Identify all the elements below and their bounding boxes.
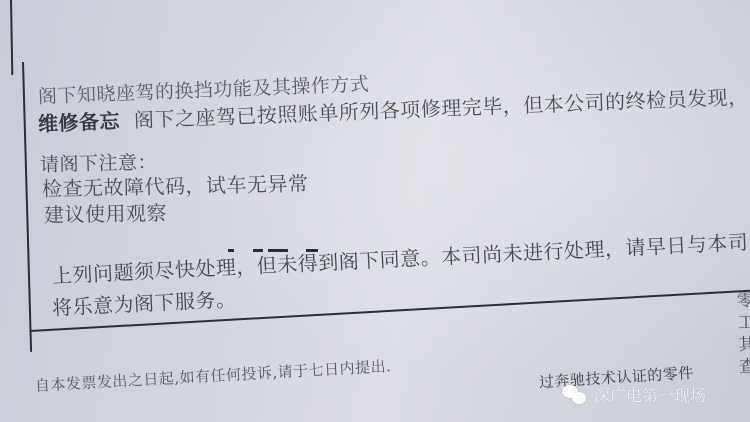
right-column-char: 零 (736, 290, 750, 312)
top-left-border-line (10, 0, 13, 75)
watermark-text: 深广电第一现场 (594, 383, 706, 406)
finding-item: 建议使用观察 (44, 197, 167, 228)
right-column-char: 工 (737, 312, 750, 334)
finding-item: 检查无故障代码，试车无异常 (42, 167, 309, 202)
right-column-char: 查 (739, 356, 750, 378)
right-column: 零 工 其 查 (736, 290, 750, 378)
wechat-icon (562, 385, 588, 405)
right-column-char: 其 (738, 334, 750, 356)
watermark: 深广电第一现场 (562, 383, 706, 406)
memo-label: 维修备忘 (38, 109, 121, 136)
